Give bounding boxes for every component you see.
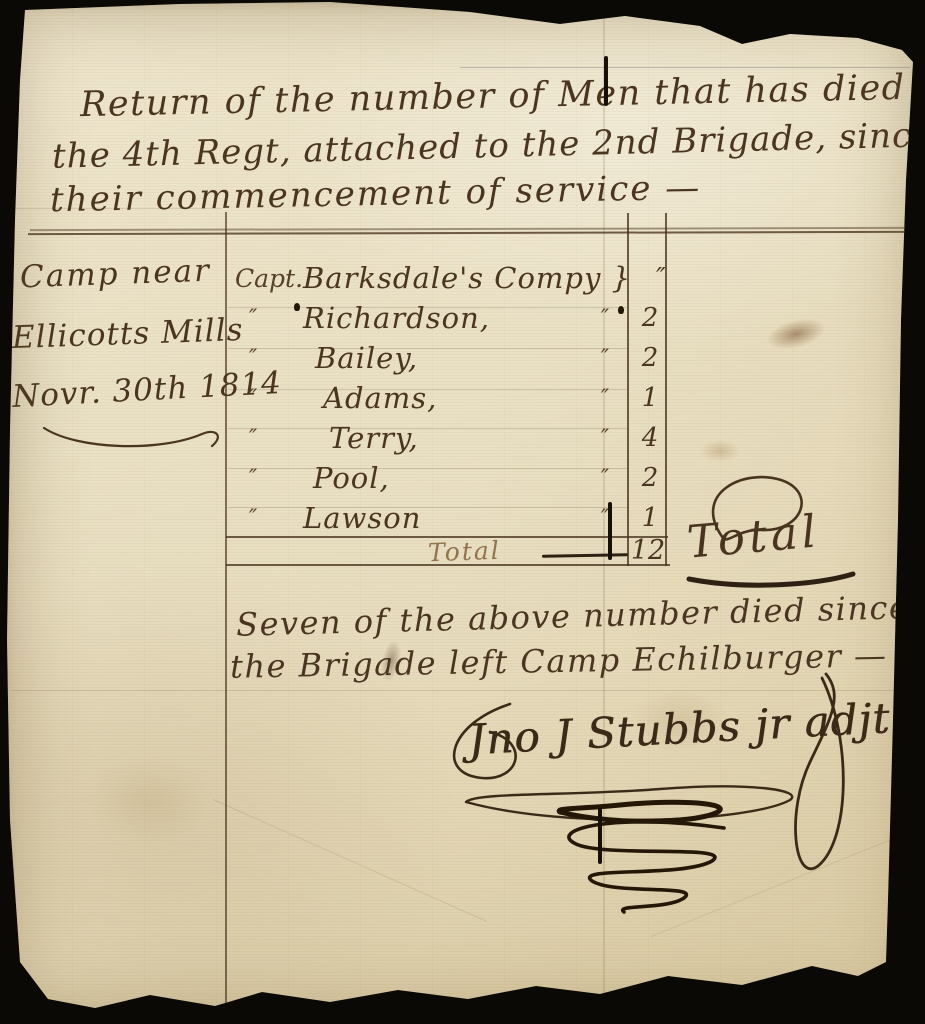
scan-background: Return of the number of Men that has die… xyxy=(0,0,925,1024)
paper-edge-shading xyxy=(0,0,925,1024)
document-paper: Return of the number of Men that has die… xyxy=(0,0,925,1024)
